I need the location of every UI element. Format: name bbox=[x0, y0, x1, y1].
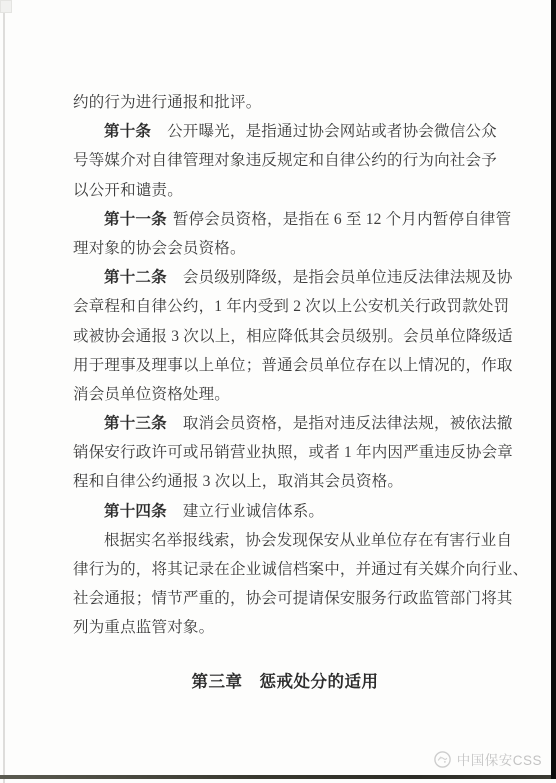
line-text: 约的行为进行通报和批评。 bbox=[73, 94, 261, 111]
page-right-edge bbox=[551, 0, 556, 779]
line-text: 会章程和自律公约，1 年内受到 2 次以上公安机关行政罚款处罚 bbox=[73, 298, 509, 315]
scan-artifact-corner bbox=[0, 0, 12, 13]
page-left-edge bbox=[3, 0, 5, 783]
line-text: 理对象的协会会员资格。 bbox=[73, 240, 246, 257]
china-security-css-logo-icon bbox=[433, 750, 452, 769]
line-text: 消会员单位资格处理。 bbox=[73, 386, 230, 403]
page-bottom-edge bbox=[0, 775, 556, 779]
line-text: 律行为的，将其记录在企业诚信档案中，并通过有关媒介向行业、 bbox=[73, 561, 528, 578]
document-page: 约的行为进行通报和批评。第十条公开曝光，是指通过协会网站或者协会微信公众号等媒介… bbox=[0, 0, 556, 783]
document-line: 列为重点监管对象。 bbox=[73, 613, 497, 642]
document-line: 根据实名举报线索，协会发现保安从业单位存在有害行业自 bbox=[73, 526, 497, 555]
line-text: 号等媒介对自律管理对象违反规定和自律公约的行为向社会予 bbox=[73, 152, 497, 169]
line-text: 取消会员资格，是指对违反法律法规，被依法撤 bbox=[183, 415, 513, 432]
line-text: 或被协会通报 3 次以上，相应降低其会员级别。会员单位降级适 bbox=[73, 328, 513, 345]
document-line: 律行为的，将其记录在企业诚信档案中，并通过有关媒介向行业、 bbox=[73, 555, 497, 584]
document-line: 第十三条取消会员资格，是指对违反法律法规，被依法撤 bbox=[73, 409, 497, 438]
document-line: 或被协会通报 3 次以上，相应降低其会员级别。会员单位降级适 bbox=[73, 322, 497, 351]
document-line: 第十二条会员级别降级，是指会员单位违反法律法规及协 bbox=[73, 263, 497, 292]
line-text: 根据实名举报线索，协会发现保安从业单位存在有害行业自 bbox=[104, 532, 512, 549]
blank-line bbox=[73, 643, 497, 668]
line-text: 销保安行政许可或吊销营业执照，或者 1 年内因严重违反协会章 bbox=[73, 444, 513, 461]
document-line: 销保安行政许可或吊销营业执照，或者 1 年内因严重违反协会章 bbox=[73, 438, 497, 467]
document-line: 以公开和谴责。 bbox=[73, 176, 497, 205]
watermark-label: 中国保安CSS bbox=[457, 749, 542, 769]
line-text: 社会通报；情节严重的，协会可提请保安服务行政监管部门将其 bbox=[73, 590, 513, 607]
line-text: 会员级别降级，是指会员单位违反法律法规及协 bbox=[183, 269, 513, 286]
line-text: 列为重点监管对象。 bbox=[73, 619, 214, 636]
chapter-heading: 第三章 惩戒处分的适用 bbox=[73, 668, 497, 697]
document-line: 第十条公开曝光，是指通过协会网站或者协会微信公众 bbox=[73, 117, 497, 146]
document-content: 约的行为进行通报和批评。第十条公开曝光，是指通过协会网站或者协会微信公众号等媒介… bbox=[73, 88, 497, 697]
watermark: 中国保安CSS bbox=[433, 749, 542, 769]
document-line: 第十一条暂停会员资格，是指在 6 至 12 个月内暂停自律管 bbox=[73, 205, 497, 234]
line-text: 用于理事及理事以上单位；普通会员单位存在以上情况的，作取 bbox=[73, 357, 513, 374]
document-line: 理对象的协会会员资格。 bbox=[73, 234, 497, 263]
line-text: 建立行业诚信体系。 bbox=[183, 503, 324, 520]
article-number: 第十四条 bbox=[104, 503, 167, 520]
article-number: 第十三条 bbox=[104, 415, 167, 432]
article-number: 第十二条 bbox=[104, 269, 167, 286]
line-text: 以公开和谴责。 bbox=[73, 182, 183, 199]
line-text: 公开曝光，是指通过协会网站或者协会微信公众 bbox=[167, 123, 497, 140]
document-line: 消会员单位资格处理。 bbox=[73, 380, 497, 409]
document-line: 会章程和自律公约，1 年内受到 2 次以上公安机关行政罚款处罚 bbox=[73, 292, 497, 321]
document-line: 约的行为进行通报和批评。 bbox=[73, 88, 497, 117]
article-number: 第十一条 bbox=[104, 211, 167, 228]
document-line: 号等媒介对自律管理对象违反规定和自律公约的行为向社会予 bbox=[73, 146, 497, 175]
line-text: 暂停会员资格，是指在 6 至 12 个月内暂停自律管 bbox=[173, 211, 511, 228]
document-line: 社会通报；情节严重的，协会可提请保安服务行政监管部门将其 bbox=[73, 584, 497, 613]
article-number: 第十条 bbox=[104, 123, 151, 140]
line-text: 程和自律公约通报 3 次以上，取消其会员资格。 bbox=[73, 473, 403, 490]
document-line: 用于理事及理事以上单位；普通会员单位存在以上情况的，作取 bbox=[73, 351, 497, 380]
document-line: 程和自律公约通报 3 次以上，取消其会员资格。 bbox=[73, 467, 497, 496]
document-line: 第十四条建立行业诚信体系。 bbox=[73, 497, 497, 526]
